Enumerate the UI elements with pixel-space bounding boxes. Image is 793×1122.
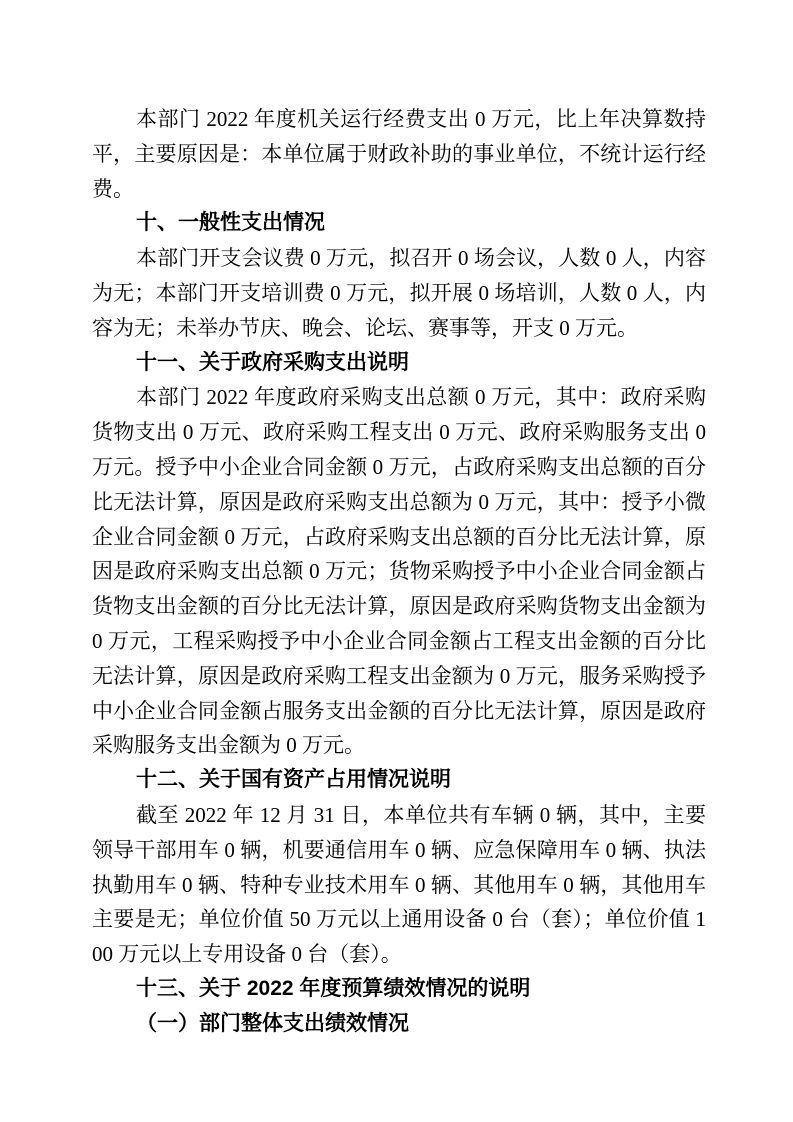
heading-section-ten-general-expenditure: 十、一般性支出情况	[92, 206, 706, 241]
heading-section-twelve-state-assets: 十二、关于国有资产占用情况说明	[92, 763, 706, 798]
heading-section-eleven-government-procurement: 十一、关于政府采购支出说明	[92, 346, 706, 381]
paragraph-general-expenditure-details: 本部门开支会议费 0 万元，拟召开 0 场会议，人数 0 人，内容为无；本部门开…	[92, 241, 706, 345]
paragraph-agency-running-cost: 本部门 2022 年度机关运行经费支出 0 万元，比上年决算数持平，主要原因是：…	[92, 102, 706, 206]
paragraph-state-assets-details: 截至 2022 年 12 月 31 日，本单位共有车辆 0 辆，其中，主要领导干…	[92, 798, 706, 972]
subheading-department-overall-expenditure-performance: （一）部门整体支出绩效情况	[92, 1007, 706, 1042]
paragraph-government-procurement-details: 本部门 2022 年度政府采购支出总额 0 万元，其中：政府采购货物支出 0 万…	[92, 380, 706, 763]
heading-section-thirteen-budget-performance: 十三、关于 2022 年度预算绩效情况的说明	[92, 972, 706, 1007]
document-page: 本部门 2022 年度机关运行经费支出 0 万元，比上年决算数持平，主要原因是：…	[0, 0, 793, 1122]
